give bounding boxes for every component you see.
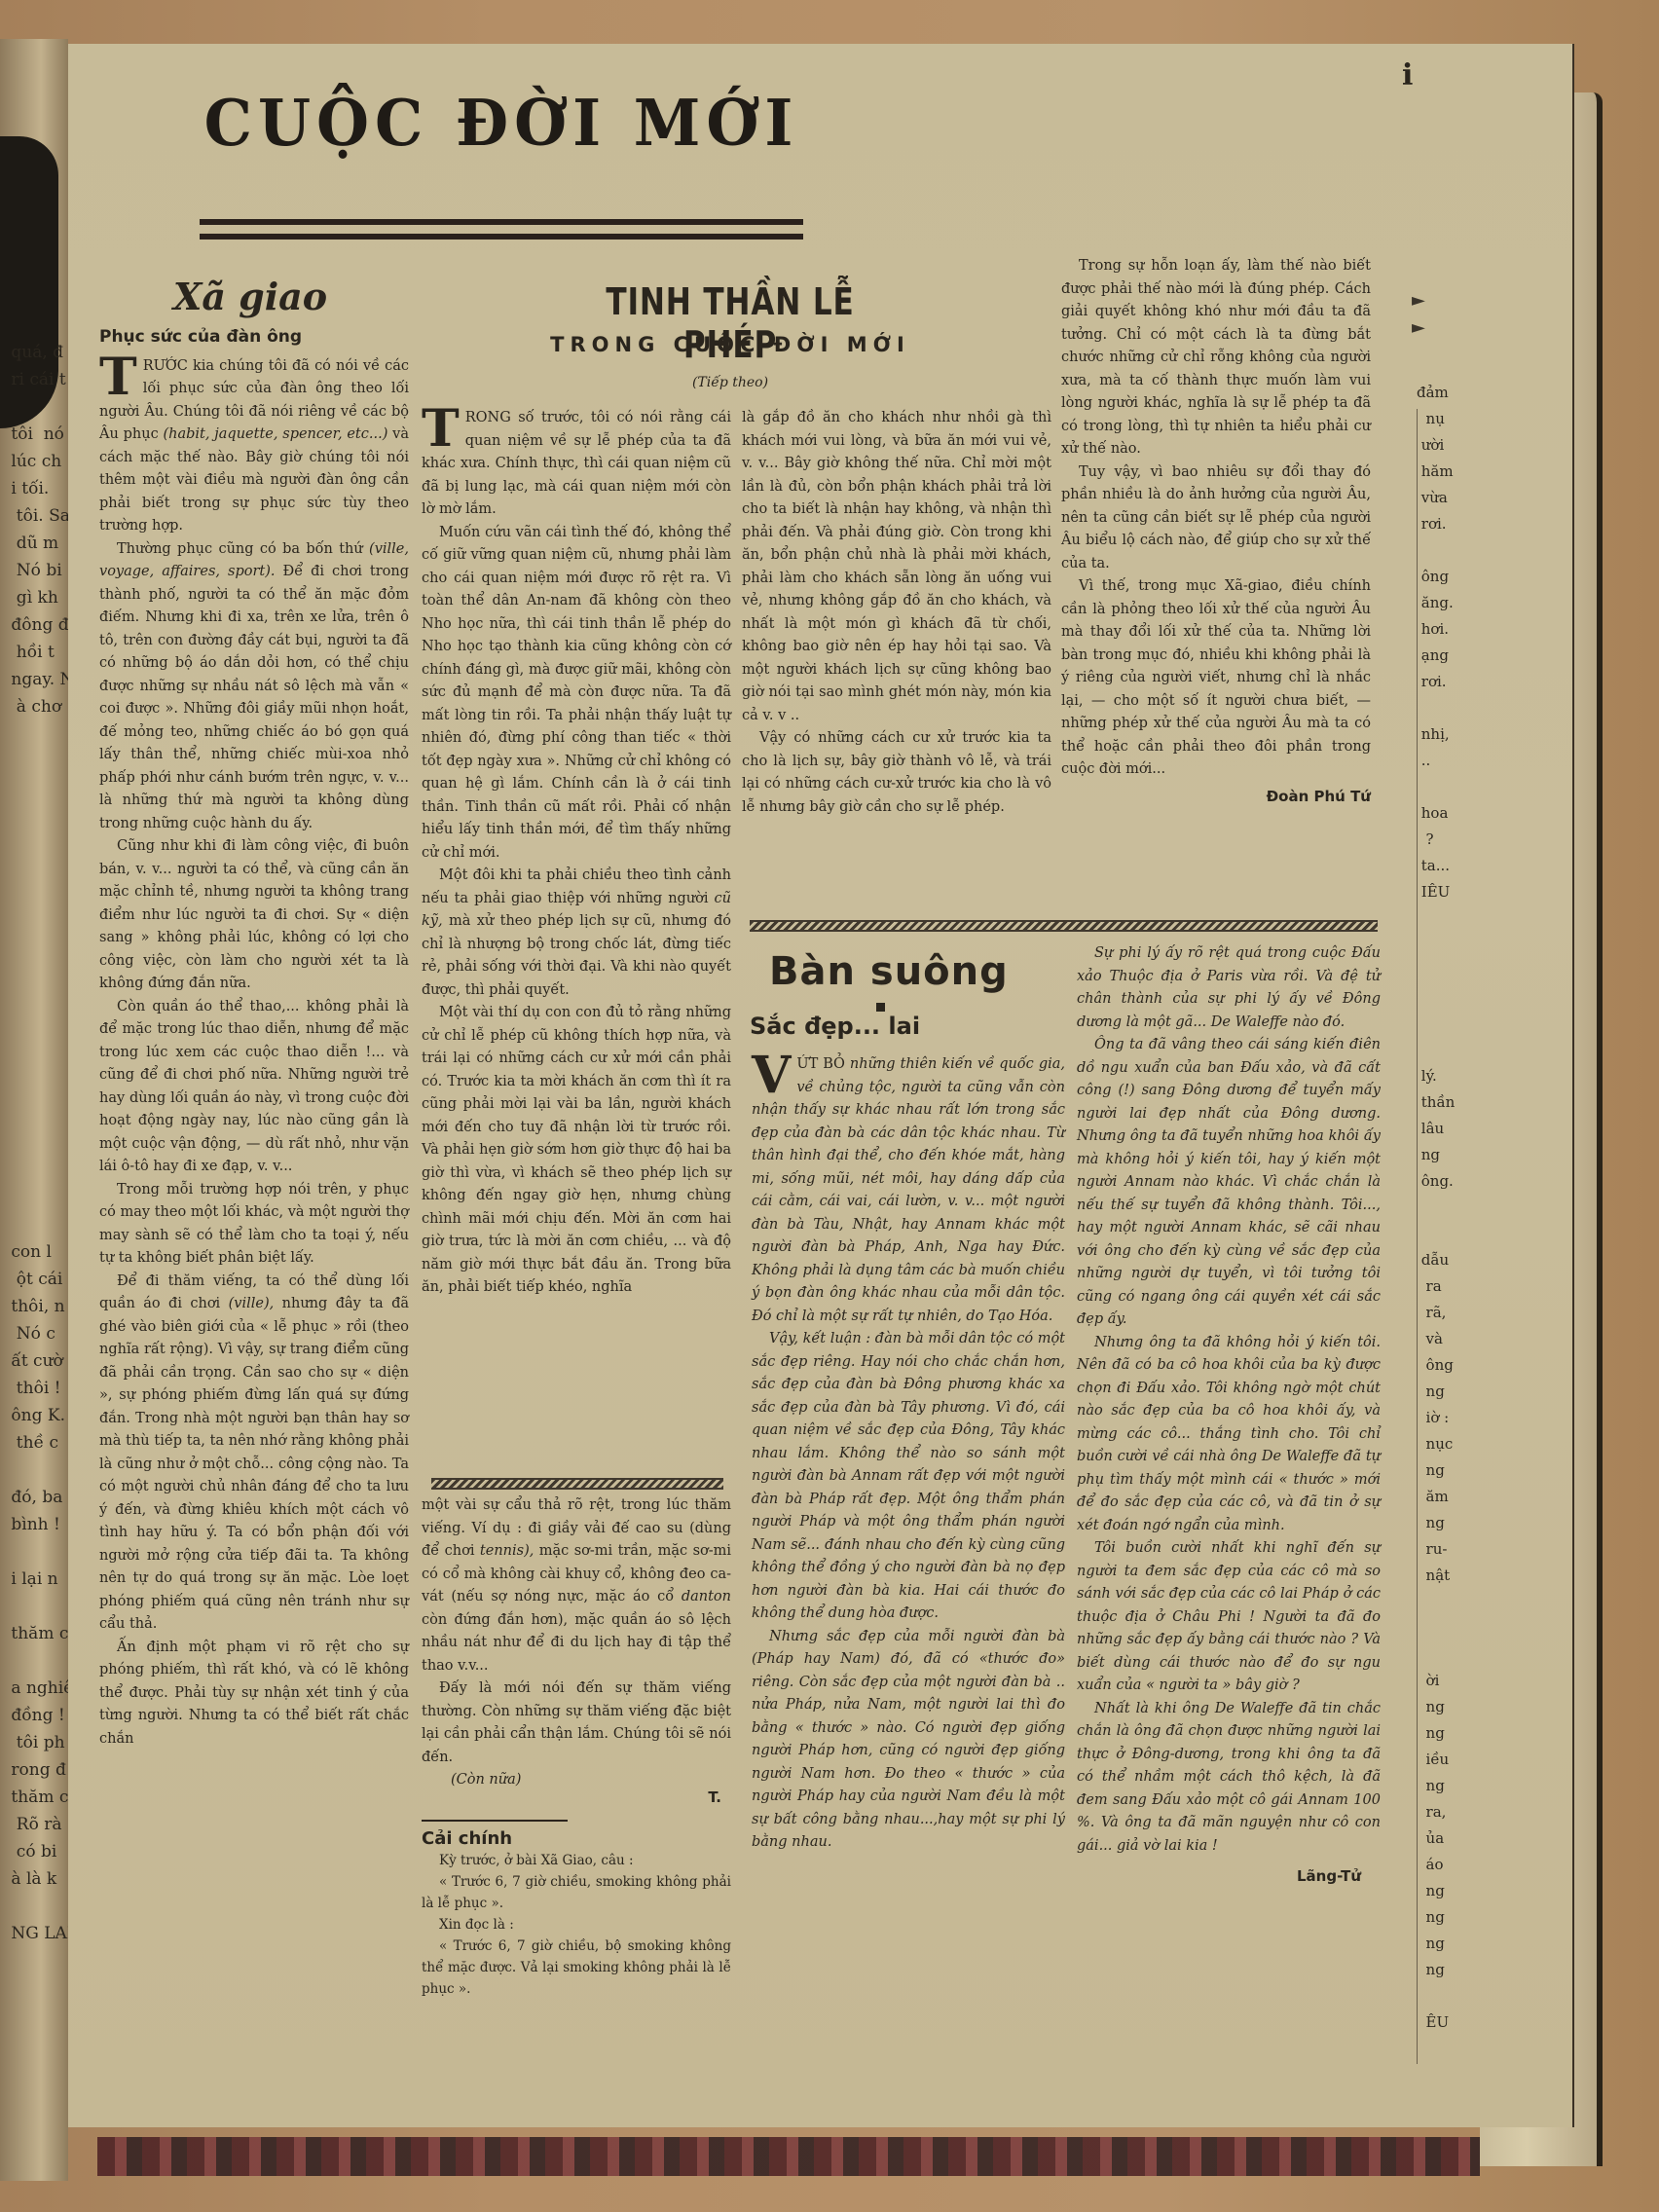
correction-title: Cải chính bbox=[422, 1827, 731, 1851]
text: nhưng đây ta đã ghé vào biên giới của « … bbox=[99, 1296, 409, 1632]
paragraph: Trong sự hỗn loạn ấy, làm thế nào biết đ… bbox=[1061, 255, 1371, 461]
page-marker: i bbox=[1402, 58, 1413, 92]
drop-cap: T bbox=[99, 357, 137, 398]
column-tinh-than-1: TRONG số trước, tôi có nói rằng cái quan… bbox=[422, 407, 731, 1300]
lead-caps: ỨT BỎ bbox=[796, 1056, 844, 1072]
article-lead-paragraph: TRƯỚC kia chúng tôi đã có nói về các lối… bbox=[99, 355, 409, 538]
text: Một đôi khi ta phải chiều theo tình cảnh… bbox=[422, 867, 731, 906]
wavy-divider bbox=[431, 1478, 723, 1490]
paragraph: Một vài thí dụ con con đủ tỏ rằng những … bbox=[422, 1002, 731, 1300]
paragraph: một vài sự cẩu thả rõ rệt, trong lúc thă… bbox=[422, 1494, 731, 1677]
article-title-xa-giao: Xã giao bbox=[109, 275, 391, 318]
column-xa-giao: Phục sức của đàn ông TRƯỚC kia chúng tôi… bbox=[99, 326, 409, 1751]
column-divider bbox=[1417, 409, 1418, 2064]
author-signature: Đoàn Phú Tứ bbox=[1061, 786, 1371, 809]
continued-note: (Tiếp theo) bbox=[623, 375, 837, 390]
text-italic: (ville), bbox=[229, 1296, 275, 1311]
to-be-continued: (Còn nữa) bbox=[451, 1769, 521, 1810]
author-signature: T. bbox=[708, 1787, 721, 1810]
correction-body: Kỳ trước, ở bài Xã Giao, câu : « Trước 6… bbox=[422, 1850, 731, 2000]
lead-italic: (habit, jaquette, spencer, etc...) bbox=[163, 426, 387, 442]
paragraph: Nhưng ông ta đã không hỏi ý kiến tôi. Nê… bbox=[1077, 1332, 1381, 1538]
article-lead-paragraph: VỨT BỎ những thiên kiến về quốc gia, về … bbox=[752, 1053, 1065, 1328]
column-tinh-than-3: Trong sự hỗn loạn ấy, làm thế nào biết đ… bbox=[1061, 255, 1371, 808]
paragraph: là gắp đồ ăn cho khách như nhồi gà thì k… bbox=[742, 407, 1051, 727]
correction-quote: « Trước 6, 7 giờ chiều, bộ smoking không… bbox=[422, 1935, 731, 2000]
column-ban-suong-1: VỨT BỎ những thiên kiến về quốc gia, về … bbox=[752, 1053, 1065, 1855]
paragraph: Còn quần áo thể thao,... không phải là đ… bbox=[99, 996, 409, 1179]
paragraph: Muốn cứu vãn cái tình thế đó, không thể … bbox=[422, 522, 731, 866]
lead-tail: và cách mặc thế nào. Bây giờ chúng tôi n… bbox=[99, 426, 409, 534]
paragraph: Trong mỗi trường hợp nói trên, y phục có… bbox=[99, 1179, 409, 1271]
paragraph: Vậy, kết luận : đàn bà mỗi dân tộc có mộ… bbox=[752, 1328, 1065, 1626]
article-subtitle: Phục sức của đàn ông bbox=[99, 326, 409, 350]
text-italic: tennis), bbox=[480, 1543, 534, 1559]
text: mà xử theo phép lịch sự cũ, nhưng đó chỉ… bbox=[422, 913, 731, 998]
column-tinh-than-2: là gắp đồ ăn cho khách như nhồi gà thì k… bbox=[742, 407, 1051, 819]
paragraph: Để đi thăm viếng, ta có thể dùng lối quầ… bbox=[99, 1271, 409, 1637]
masthead-rule-top bbox=[200, 219, 803, 225]
wavy-divider bbox=[750, 920, 1378, 932]
masthead-title: CUỘC ĐỜI MỚI bbox=[200, 86, 803, 161]
paragraph: Cũng như khi đi làm công việc, đi buôn b… bbox=[99, 835, 409, 996]
paragraph: Vậy có những cách cư xử trước kia ta cho… bbox=[742, 727, 1051, 819]
correction-quote: « Trước 6, 7 giờ chiều, smoking không ph… bbox=[422, 1871, 731, 1914]
text: Để đi chơi trong thành phố, người ta có … bbox=[99, 564, 409, 831]
left-facing-page: quá, đ ri cái t tôi nó lúc ch i tối. tôi… bbox=[0, 39, 68, 2181]
paragraph: Ông ta đã vâng theo cái sáng kiến điên d… bbox=[1077, 1034, 1381, 1332]
right-edge-text-fragments: đảm nụ ười hăm vừa rơi. ông ăng. hơi. ạn… bbox=[1417, 380, 1455, 2036]
paragraph: Nhưng sắc đẹp của mỗi người đàn bà (Pháp… bbox=[752, 1626, 1065, 1855]
lead-text: RONG số trước, tôi có nói rằng cái quan … bbox=[422, 410, 731, 517]
paragraph: Ấn định một phạm vi rõ rệt cho sự phóng … bbox=[99, 1637, 409, 1751]
article-subtitle-trong-cuoc-doi-moi: TRONG CUỘC ĐỜI MỚI bbox=[526, 333, 935, 356]
left-page-text-fragments: quá, đ ri cái t tôi nó lúc ch i tối. tôi… bbox=[6, 39, 68, 1947]
paragraph: Thường phục cũng có ba bốn thứ (ville, v… bbox=[99, 538, 409, 836]
column-xa-giao-continued: một vài sự cẩu thả rõ rệt, trong lúc thă… bbox=[422, 1494, 731, 2000]
author-signature: Lãng-Tử bbox=[1077, 1865, 1381, 1889]
title-ornament bbox=[876, 1003, 885, 1012]
paragraph: Vì thế, trong mục Xã-giao, điều chính cầ… bbox=[1061, 575, 1371, 782]
column-ban-suong-2: Sự phi lý ấy rõ rệt quá trong cuộc Đấu x… bbox=[1077, 942, 1381, 1889]
correction-line: Xin đọc là : bbox=[422, 1914, 731, 1935]
text-italic: danton bbox=[682, 1589, 731, 1604]
book-binding-strip bbox=[97, 2137, 1480, 2176]
text: còn đứng đắn hơn), mặc quần áo sô lệch n… bbox=[422, 1612, 731, 1674]
article-lead-paragraph: TRONG số trước, tôi có nói rằng cái quan… bbox=[422, 407, 731, 522]
article-subtitle-sac-dep-lai: Sắc đẹp... lai bbox=[750, 1013, 920, 1040]
drop-cap: V bbox=[752, 1055, 791, 1096]
paragraph: Sự phi lý ấy rõ rệt quá trong cuộc Đấu x… bbox=[1077, 942, 1381, 1034]
paragraph: Tôi buồn cười nhất khi nghĩ đến sự người… bbox=[1077, 1537, 1381, 1698]
article-footer: (Còn nữa) T. bbox=[422, 1769, 731, 1810]
paragraph: Đấy là mới nói đến sự thăm viếng thường.… bbox=[422, 1677, 731, 1769]
paragraph: Tuy vậy, vì bao nhiêu sự đổi thay đó phầ… bbox=[1061, 461, 1371, 576]
lead-text: những thiên kiến về quốc gia, về chủng t… bbox=[752, 1056, 1065, 1324]
paragraph: Nhất là khi ông De Waleffe đã tin chắc c… bbox=[1077, 1698, 1381, 1859]
masthead-rule-bottom bbox=[200, 234, 803, 240]
margin-arrow-icons: ► ► bbox=[1412, 287, 1425, 342]
paragraph: Một đôi khi ta phải chiều theo tình cảnh… bbox=[422, 865, 731, 1002]
text: Thường phục cũng có ba bốn thứ bbox=[117, 541, 363, 557]
section-rule bbox=[422, 1820, 568, 1822]
correction-line: Kỳ trước, ở bài Xã Giao, câu : bbox=[422, 1850, 731, 1871]
article-title-ban-suong: Bàn suông bbox=[769, 949, 1009, 994]
drop-cap: T bbox=[422, 409, 460, 450]
